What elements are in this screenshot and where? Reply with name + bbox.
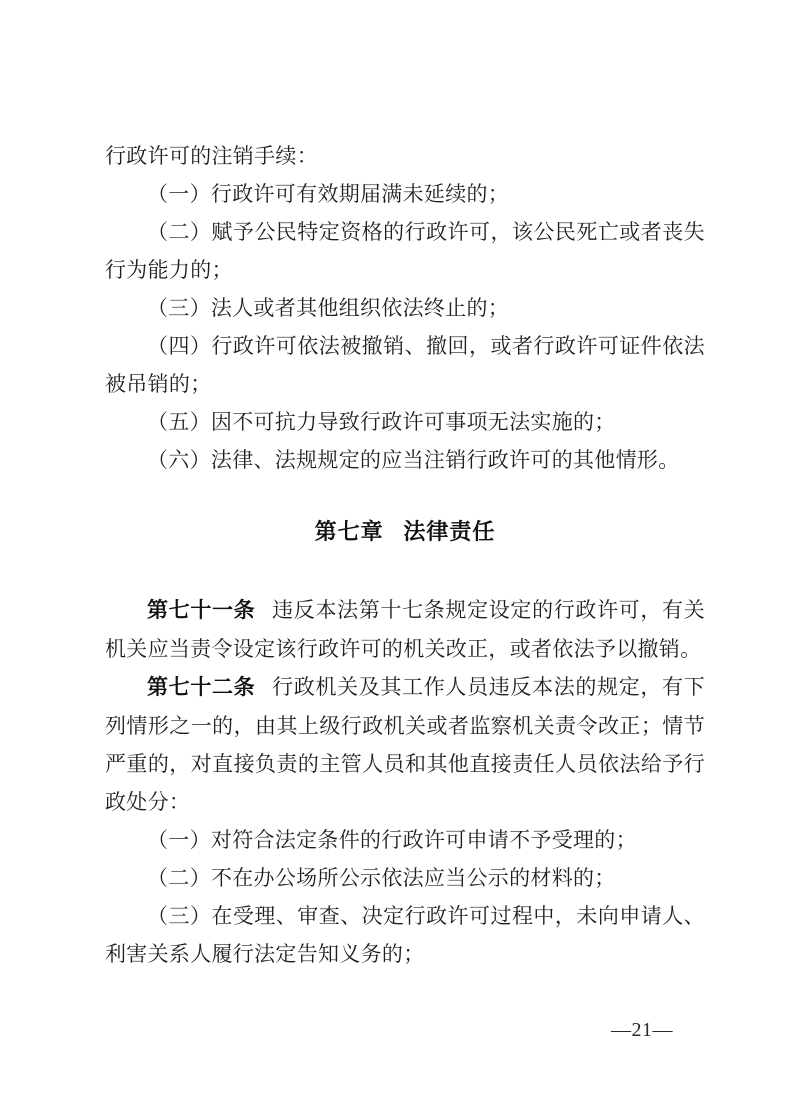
- deregistration-item-5: （五）因不可抗力导致行政许可事项无法实施的；: [105, 403, 705, 441]
- article-71: 第七十一条违反本法第十七条规定设定的行政许可，有关机关应当责令设定该行政许可的机…: [105, 591, 705, 668]
- deregistration-item-6: （六）法律、法规规定的应当注销行政许可的其他情形。: [105, 441, 705, 479]
- document-page: 行政许可的注销手续： （一）行政许可有效期届满未延续的； （二）赋予公民特定资格…: [0, 0, 790, 1118]
- paragraph-intro-continuation: 行政许可的注销手续：: [105, 137, 705, 175]
- deregistration-item-4: （四）行政许可依法被撤销、撤回，或者行政许可证件依法被吊销的；: [105, 327, 705, 403]
- document-body: 行政许可的注销手续： （一）行政许可有效期届满未延续的； （二）赋予公民特定资格…: [105, 137, 705, 973]
- deregistration-item-1: （一）行政许可有效期届满未延续的；: [105, 175, 705, 213]
- violation-item-1: （一）对符合法定条件的行政许可申请不予受理的；: [105, 821, 705, 859]
- article-72: 第七十二条行政机关及其工作人员违反本法的规定，有下列情形之一的，由其上级行政机关…: [105, 668, 705, 821]
- violation-item-2: （二）不在办公场所公示依法应当公示的材料的；: [105, 859, 705, 897]
- page-number: —21—: [611, 1018, 673, 1042]
- deregistration-item-2: （二）赋予公民特定资格的行政许可，该公民死亡或者丧失行为能力的；: [105, 213, 705, 289]
- article-71-label: 第七十一条: [147, 599, 255, 622]
- violation-item-3: （三）在受理、审查、决定行政许可过程中，未向申请人、利害关系人履行法定告知义务的…: [105, 897, 705, 973]
- chapter-heading: 第七章法律责任: [105, 513, 705, 551]
- chapter-number: 第七章: [315, 519, 384, 544]
- deregistration-item-3: （三）法人或者其他组织依法终止的；: [105, 289, 705, 327]
- chapter-title: 法律责任: [403, 519, 495, 544]
- article-72-label: 第七十二条: [147, 676, 255, 699]
